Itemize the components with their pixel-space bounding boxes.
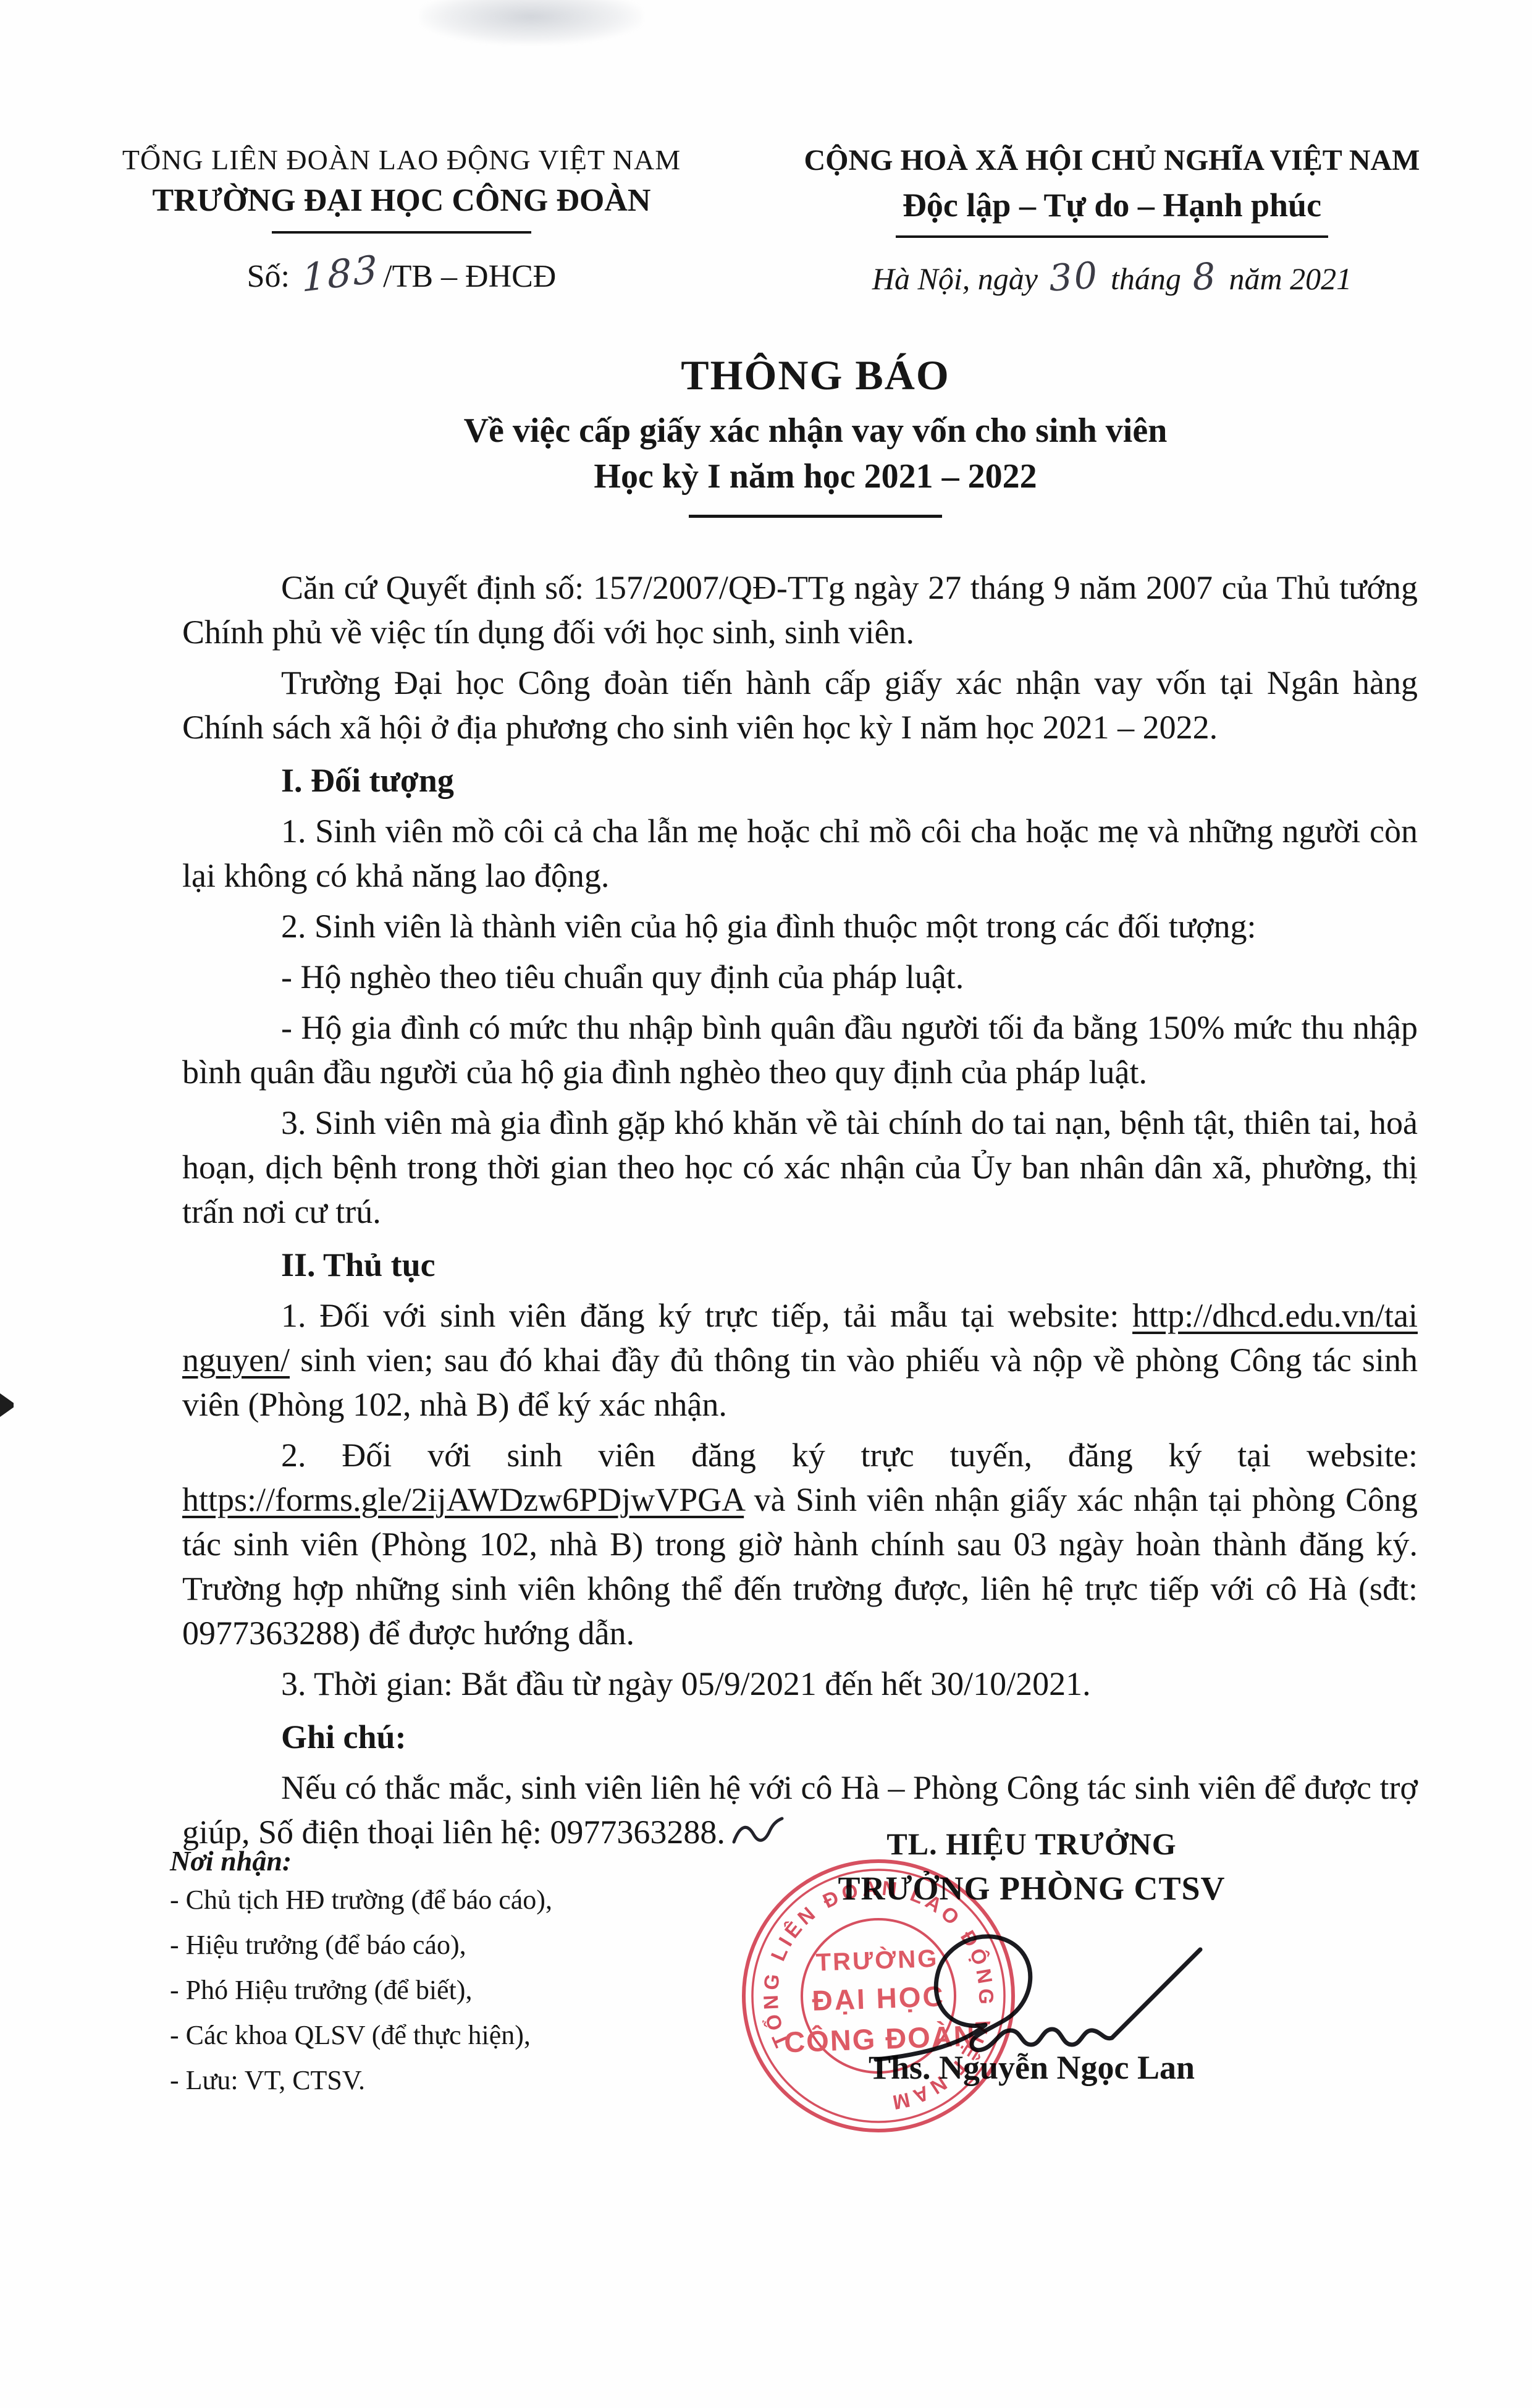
header-right-rule — [896, 235, 1328, 238]
document-subtitle-2: Học kỳ I năm học 2021 – 2022 — [99, 457, 1532, 496]
paragraph-eligibility-2: 2. Sinh viên là thành viên của hộ gia đì… — [182, 904, 1418, 948]
scan-edge-artifact — [0, 1392, 14, 1419]
procedure-2-text: 2. Đối với sinh viên đăng ký trực tuyến,… — [281, 1437, 1418, 1474]
date-month-handwritten: 8 — [1187, 254, 1223, 298]
paragraph-intro: Trường Đại học Công đoàn tiến hành cấp g… — [182, 661, 1418, 750]
issuing-org-block: TỔNG LIÊN ĐOÀN LAO ĐỘNG VIỆT NAM TRƯỜNG … — [105, 143, 698, 296]
list-item-income-household: - Hộ gia đình có mức thu nhập bình quân … — [182, 1005, 1418, 1094]
list-item-poor-household: - Hộ nghèo theo tiêu chuẩn quy định của … — [182, 955, 1418, 999]
document-number-line: Số: 183/TB – ĐHCĐ — [105, 252, 698, 296]
date-day-handwritten: 30 — [1044, 253, 1105, 300]
national-motto: Độc lập – Tự do – Hạnh phúc — [710, 186, 1513, 224]
place-date-line: Hà Nội, ngày 30 tháng 8 năm 2021 — [710, 255, 1513, 298]
paragraph-timeframe: 3. Thời gian: Bắt đầu từ ngày 05/9/2021 … — [182, 1662, 1418, 1706]
section-heading-doi-tuong: I. Đối tượng — [182, 758, 1418, 803]
handwritten-signature — [859, 1906, 1242, 2073]
document-number-suffix: /TB – ĐHCĐ — [383, 259, 556, 294]
procedure-1-text-cont: sinh vien; sau đó khai đầy đủ thông tin … — [182, 1341, 1418, 1423]
date-prefix: Hà Nội, ngày — [872, 261, 1038, 296]
recipients-block: Nơi nhận: - Chủ tịch HĐ trường (để báo c… — [170, 1844, 726, 2103]
scan-smudge-artifact — [420, 0, 642, 44]
document-subtitle-1: Về việc cấp giấy xác nhận vay vốn cho si… — [99, 411, 1532, 450]
scanned-document-page: TỔNG LIÊN ĐOÀN LAO ĐỘNG VIỆT NAM TRƯỜNG … — [0, 0, 1532, 2408]
section-heading-ghi-chu: Ghi chú: — [182, 1715, 1418, 1759]
procedure-1-text: 1. Đối với sinh viên đăng ký trực tiếp, … — [281, 1297, 1132, 1334]
recipient-item: - Chủ tịch HĐ trường (để báo cáo), — [170, 1877, 726, 1922]
paragraph-legal-basis: Căn cứ Quyết định số: 157/2007/QĐ-TTg ng… — [182, 565, 1418, 654]
paragraph-eligibility-1: 1. Sinh viên mồ côi cả cha lẫn mẹ hoặc c… — [182, 809, 1418, 898]
document-title: THÔNG BÁO — [99, 351, 1532, 400]
parent-org-name: TỔNG LIÊN ĐOÀN LAO ĐỘNG VIỆT NAM — [105, 143, 698, 176]
national-title: CỘNG HOÀ XÃ HỘI CHỦ NGHĨA VIỆT NAM — [710, 143, 1513, 177]
date-middle: tháng — [1111, 261, 1181, 296]
paragraph-procedure-2: 2. Đối với sinh viên đăng ký trực tuyến,… — [182, 1433, 1418, 1655]
paragraph-procedure-1: 1. Đối với sinh viên đăng ký trực tiếp, … — [182, 1293, 1418, 1427]
document-body: Căn cứ Quyết định số: 157/2007/QĐ-TTg ng… — [182, 565, 1418, 1854]
header-left-rule — [272, 231, 531, 234]
signer-authority-title: TL. HIỆU TRƯỞNG — [760, 1826, 1303, 1862]
document-number-handwritten: 183 — [298, 247, 383, 301]
section-heading-thu-tuc: II. Thủ tục — [182, 1243, 1418, 1287]
signature-stroke-sweep — [876, 2025, 985, 2059]
recipient-item: - Lưu: VT, CTSV. — [170, 2058, 726, 2103]
title-rule — [689, 515, 942, 518]
online-registration-url: https://forms.gle/2ijAWDzw6PDjwVPGA — [182, 1481, 744, 1518]
national-motto-block: CỘNG HOÀ XÃ HỘI CHỦ NGHĨA VIỆT NAM Độc l… — [710, 143, 1513, 298]
paragraph-eligibility-3: 3. Sinh viên mà gia đình gặp khó khăn về… — [182, 1100, 1418, 1234]
document-title-block: THÔNG BÁO Về việc cấp giấy xác nhận vay … — [99, 351, 1532, 518]
recipient-item: - Hiệu trưởng (để báo cáo), — [170, 1922, 726, 1967]
university-name: TRƯỜNG ĐẠI HỌC CÔNG ĐOÀN — [105, 182, 698, 219]
recipients-title: Nơi nhận: — [170, 1844, 726, 1877]
recipient-item: - Các khoa QLSV (để thực hiện), — [170, 2013, 726, 2058]
date-suffix: năm 2021 — [1229, 261, 1352, 296]
document-number-label: Số: — [247, 259, 290, 294]
recipient-item: - Phó Hiệu trưởng (để biết), — [170, 1967, 726, 2013]
